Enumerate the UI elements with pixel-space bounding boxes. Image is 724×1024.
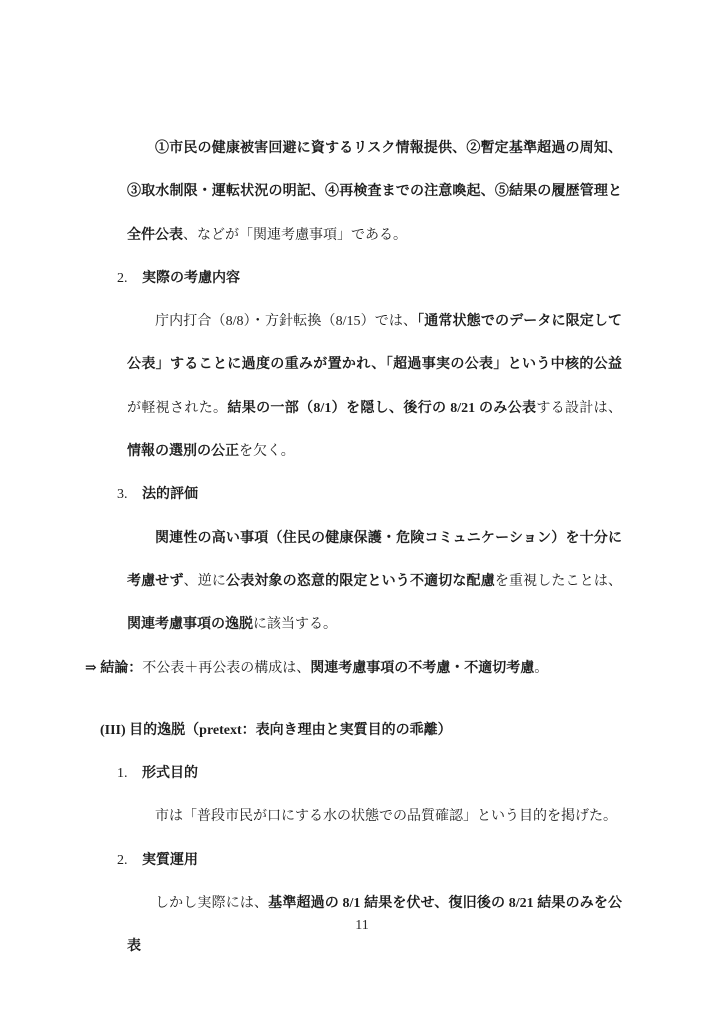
text-segment: が軽視された。 (127, 401, 227, 416)
list-number: 2. (117, 839, 142, 882)
list-number: 2. (117, 257, 142, 300)
paragraph-related-consideration-items: ①市民の健康被害回避に資するリスク情報提供、②暫定基準超過の周知、③取水制限・運… (127, 127, 622, 257)
text-segment: ⇒ 結論： (85, 661, 142, 676)
text-segment: 結果の一部（8/1）を隠し、後行の 8/21 のみ公表 (227, 401, 536, 416)
text-segment: (III) 目的逸脱（pretext：表向き理由と実質目的の乖離） (100, 723, 452, 738)
section-heading-purpose-deviation: (III) 目的逸脱（pretext：表向き理由と実質目的の乖離） (100, 709, 724, 752)
text-segment: を重視したことは、 (495, 574, 622, 589)
heading-legal-evaluation: 3.法的評価 (117, 473, 724, 516)
text-segment: しかし実際には、 (155, 896, 268, 911)
text-segment: 公表対象の恣意的限定という不適切な配慮 (226, 574, 495, 589)
text-segment: 関連考慮事項の逸脱 (127, 617, 253, 632)
list-number: 3. (117, 473, 142, 516)
text-segment: 関連考慮事項の不考慮・不適切考慮 (310, 661, 534, 676)
paragraph-legal-evaluation-body: 関連性の高い事項（住民の健康保護・危険コミュニケーション）を十分に考慮せず、逆に… (127, 517, 622, 647)
text-segment: する設計は、 (536, 401, 622, 416)
paragraph-formal-purpose-body: 市は「普段市民が口にする水の状態での品質確認」という目的を掲げた。 (127, 795, 622, 838)
heading-formal-purpose: 1.形式目的 (117, 752, 724, 795)
conclusion-line: ⇒ 結論：不公表＋再公表の構成は、関連考慮事項の不考慮・不適切考慮。 (85, 647, 625, 690)
text-segment: 。 (534, 661, 548, 676)
text-segment: 不公表＋再公表の構成は、 (142, 661, 310, 676)
text-segment: 、などが「関連考慮事項」である。 (183, 228, 407, 243)
text-segment: 庁内打合（8/8）・方針転換（8/15）では、 (155, 314, 417, 329)
list-label: 法的評価 (142, 487, 198, 502)
list-number: 1. (117, 752, 142, 795)
text-segment: 情報の選別の公正 (127, 444, 239, 459)
document-page: ①市民の健康被害回避に資するリスク情報提供、②暫定基準超過の周知、③取水制限・運… (0, 0, 724, 1024)
list-label: 実質運用 (142, 853, 198, 868)
list-label: 形式目的 (142, 766, 198, 781)
document-content: ①市民の健康被害回避に資するリスク情報提供、②暫定基準超過の周知、③取水制限・運… (0, 127, 724, 969)
text-segment: を欠く。 (239, 444, 295, 459)
text-segment: に該当する。 (253, 617, 337, 632)
text-segment: 市は「普段市民が口にする水の状態での品質確認」という目的を掲げた。 (155, 809, 617, 824)
paragraph-actual-consideration-body: 庁内打合（8/8）・方針転換（8/15）では、「通常状態でのデータに限定して公表… (127, 300, 622, 473)
page-number: 11 (0, 916, 724, 936)
list-label: 実際の考慮内容 (142, 271, 240, 286)
heading-actual-consideration: 2.実際の考慮内容 (117, 257, 724, 300)
heading-actual-operation: 2.実質運用 (117, 839, 724, 882)
text-segment: 、逆に (184, 574, 226, 589)
